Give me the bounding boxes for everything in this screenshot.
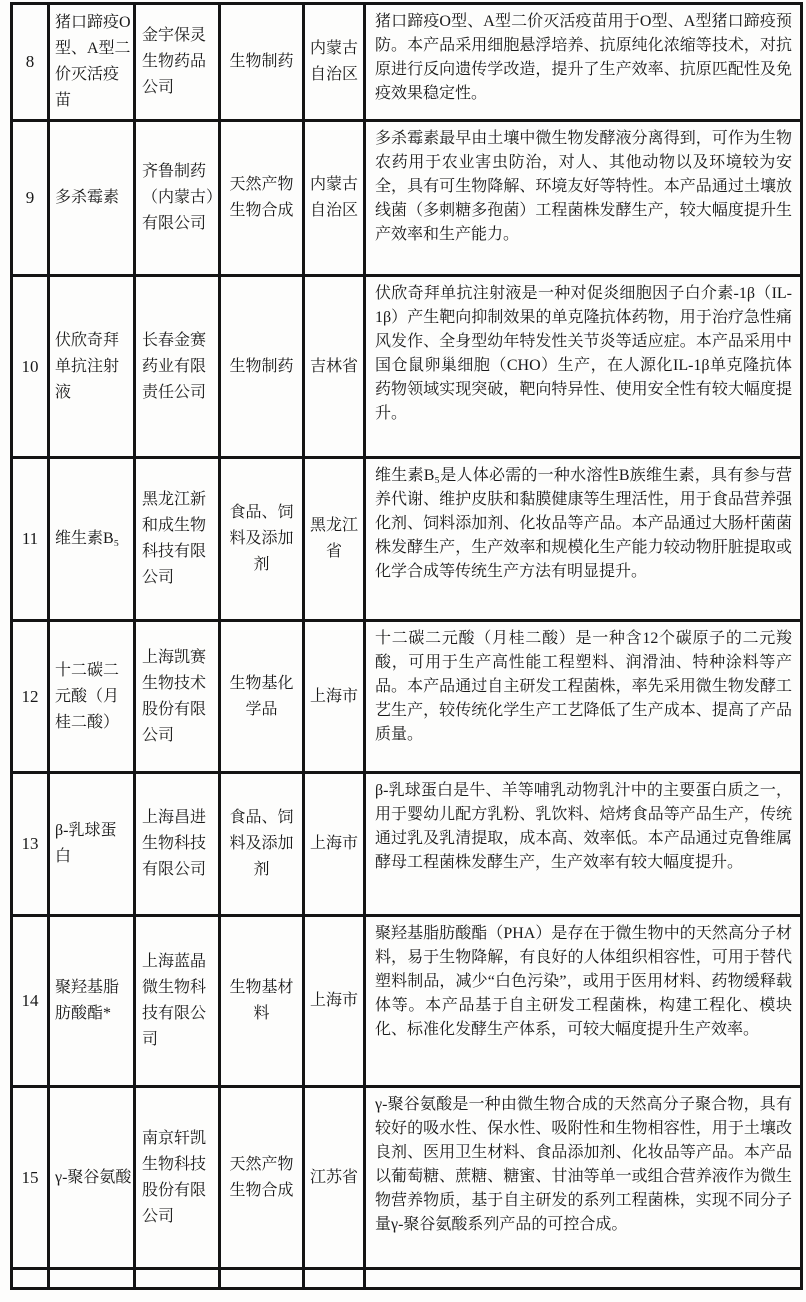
cell-region: 内蒙古自治区: [304, 121, 365, 276]
cell-number: [12, 1269, 49, 1289]
cell-description: 聚羟基脂肪酸酯（PHA）是存在于微生物中的天然高分子材料，易于生物降解，有良好的…: [365, 916, 802, 1087]
cell-product-name: 聚羟基脂肪酸酯*: [49, 916, 135, 1087]
cell-category: 生物制药: [220, 276, 304, 458]
cell-number: 15: [12, 1087, 49, 1269]
cell-description: 十二碳二元酸（月桂二酸）是一种含12个碳原子的二元羧酸，可用于生产高性能工程塑料…: [365, 621, 802, 773]
cell-region: 江苏省: [304, 1087, 365, 1269]
cell-product-name: 维生素B₅: [49, 458, 135, 621]
cell-number: 8: [12, 4, 49, 121]
cell-category: 食品、饲料及添加剂: [220, 458, 304, 621]
cell-number: 9: [12, 121, 49, 276]
cell-number: 11: [12, 458, 49, 621]
cell-number: 14: [12, 916, 49, 1087]
cell-product-name: 多杀霉素: [49, 121, 135, 276]
cell-category: 天然产物生物合成: [220, 121, 304, 276]
cell-region: 上海市: [304, 773, 365, 916]
cell-category: 生物基化学品: [220, 621, 304, 773]
cell-description: 伏欣奇拜单抗注射液是一种对促炎细胞因子白介素-1β（IL-1β）产生靶向抑制效果…: [365, 276, 802, 458]
table-row: 10 伏欣奇拜单抗注射液 长春金赛药业有限责任公司 生物制药 吉林省 伏欣奇拜单…: [12, 276, 802, 458]
cell-description: 多杀霉素最早由土壤中微生物发酵液分离得到，可作为生物农药用于农业害虫防治，对人、…: [365, 121, 802, 276]
table-row: 9 多杀霉素 齐鲁制药（内蒙古）有限公司 天然产物生物合成 内蒙古自治区 多杀霉…: [12, 121, 802, 276]
cell-product-name: 伏欣奇拜单抗注射液: [49, 276, 135, 458]
cell-product-name: γ-聚谷氨酸: [49, 1087, 135, 1269]
cell-product-name: [49, 1269, 135, 1289]
cell-product-name: 十二碳二元酸（月桂二酸）: [49, 621, 135, 773]
cell-company: [135, 1269, 220, 1289]
table-row: 14 聚羟基脂肪酸酯* 上海蓝晶微生物科技有限公司 生物基材料 上海市 聚羟基脂…: [12, 916, 802, 1087]
cell-company: 上海蓝晶微生物科技有限公司: [135, 916, 220, 1087]
cell-company: 齐鲁制药（内蒙古）有限公司: [135, 121, 220, 276]
cell-description: β-乳球蛋白是牛、羊等哺乳动物乳汁中的主要蛋白质之一，用于婴幼儿配方乳粉、乳饮料…: [365, 773, 802, 916]
scanned-document-page: 8 猪口蹄疫O型、A型二价灭活疫苗 金宇保灵生物药品公司 生物制药 内蒙古自治区…: [0, 0, 806, 1302]
cell-product-name: 猪口蹄疫O型、A型二价灭活疫苗: [49, 4, 135, 121]
table-row: 11 维生素B₅ 黑龙江新和成生物科技有限公司 食品、饲料及添加剂 黑龙江省 维…: [12, 458, 802, 621]
cell-region: 吉林省: [304, 276, 365, 458]
cell-region: 内蒙古自治区: [304, 4, 365, 121]
table-row: 13 β-乳球蛋白 上海昌进生物科技有限公司 食品、饲料及添加剂 上海市 β-乳…: [12, 773, 802, 916]
cell-category: 食品、饲料及添加剂: [220, 773, 304, 916]
cell-company: 南京轩凯生物科技股份有限公司: [135, 1087, 220, 1269]
cell-company: 长春金赛药业有限责任公司: [135, 276, 220, 458]
cell-company: 黑龙江新和成生物科技有限公司: [135, 458, 220, 621]
cell-region: 黑龙江省: [304, 458, 365, 621]
cell-region: 上海市: [304, 621, 365, 773]
table-row-partial: [12, 1269, 802, 1289]
cell-company: 金宇保灵生物药品公司: [135, 4, 220, 121]
cell-description: [365, 1269, 802, 1289]
cell-company: 上海昌进生物科技有限公司: [135, 773, 220, 916]
cell-number: 10: [12, 276, 49, 458]
cell-description: γ-聚谷氨酸是一种由微生物合成的天然高分子聚合物，具有较好的吸水性、保水性、吸附…: [365, 1087, 802, 1269]
cell-region: [304, 1269, 365, 1289]
cell-number: 12: [12, 621, 49, 773]
cell-category: 生物制药: [220, 4, 304, 121]
table-row: 8 猪口蹄疫O型、A型二价灭活疫苗 金宇保灵生物药品公司 生物制药 内蒙古自治区…: [12, 4, 802, 121]
cell-product-name: β-乳球蛋白: [49, 773, 135, 916]
cell-company: 上海凯赛生物技术股份有限公司: [135, 621, 220, 773]
cell-number: 13: [12, 773, 49, 916]
table-row: 12 十二碳二元酸（月桂二酸） 上海凯赛生物技术股份有限公司 生物基化学品 上海…: [12, 621, 802, 773]
cell-category: [220, 1269, 304, 1289]
cell-region: 上海市: [304, 916, 365, 1087]
cell-description: 猪口蹄疫O型、A型二价灭活疫苗用于O型、A型猪口蹄疫预防。本产品采用细胞悬浮培养…: [365, 4, 802, 121]
cell-category: 天然产物生物合成: [220, 1087, 304, 1269]
cell-category: 生物基材料: [220, 916, 304, 1087]
cell-description: 维生素B₅是人体必需的一种水溶性B族维生素，具有参与营养代谢、维护皮肤和黏膜健康…: [365, 458, 802, 621]
approved-products-table: 8 猪口蹄疫O型、A型二价灭活疫苗 金宇保灵生物药品公司 生物制药 内蒙古自治区…: [10, 2, 803, 1290]
table-row: 15 γ-聚谷氨酸 南京轩凯生物科技股份有限公司 天然产物生物合成 江苏省 γ-…: [12, 1087, 802, 1269]
